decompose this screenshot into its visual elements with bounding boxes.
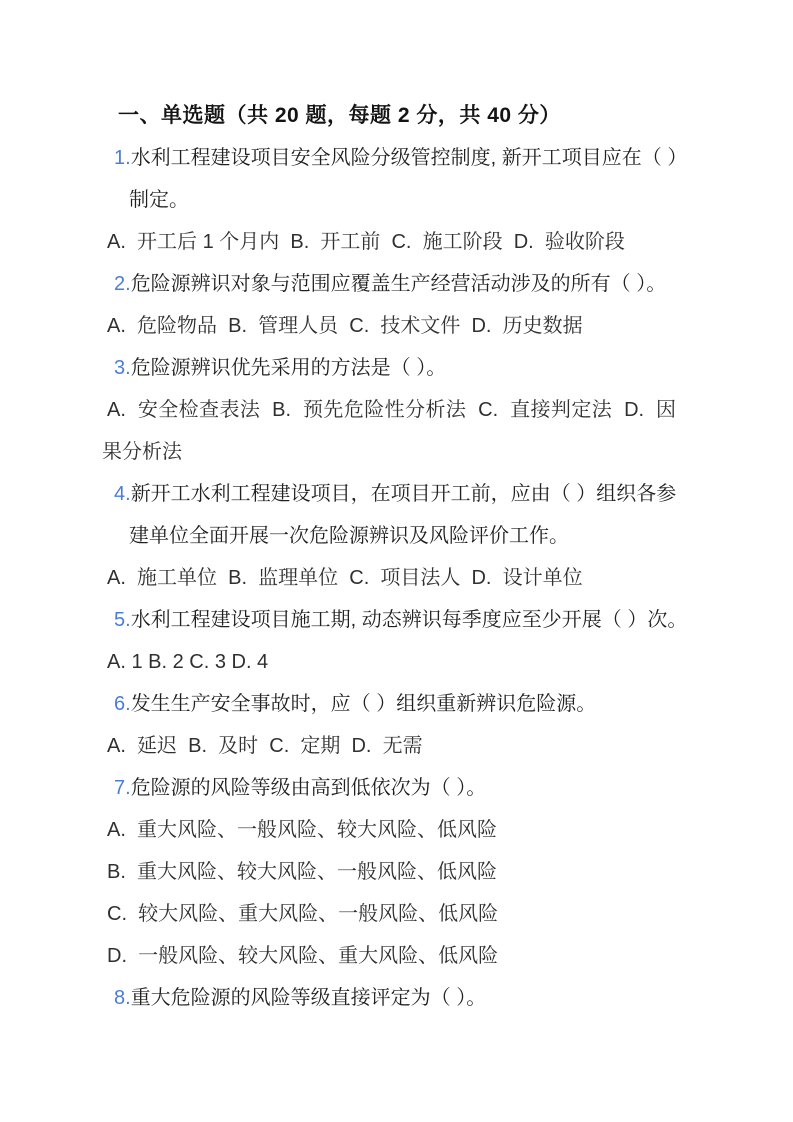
question-4-line-2: 建单位全面开展一次危险源辨识及风险评价工作。	[0, 515, 676, 557]
question-5-number: 5.	[114, 609, 131, 631]
question-3-options-line-1: A. 安全检查表法 B. 预先危险性分析法 C. 直接判定法 D. 因	[0, 389, 676, 431]
question-7-line-1: 7.危险源的风险等级由高到低依次为（ ）。	[0, 767, 676, 809]
question-7-option-d: D. 一般风险、较大风险、重大风险、低风险	[0, 935, 676, 977]
question-4-options: A. 施工单位 B. 监理单位 C. 项目法人 D. 设计单位	[0, 557, 676, 599]
exam-content: 一、单选题（共 20 题，每题 2 分，共 40 分） 1.水利工程建设项目安全…	[0, 95, 676, 1019]
question-7-option-a: A. 重大风险、一般风险、较大风险、低风险	[0, 809, 676, 851]
question-3-text: 危险源辨识优先采用的方法是（ ）。	[131, 357, 447, 379]
question-6-options: A. 延迟 B. 及时 C. 定期 D. 无需	[0, 725, 676, 767]
question-2-line-1: 2.危险源辨识对象与范围应覆盖生产经营活动涉及的所有（ ）。	[0, 263, 676, 305]
question-2-options: A. 危险物品 B. 管理人员 C. 技术文件 D. 历史数据	[0, 305, 676, 347]
question-6-number: 6.	[114, 693, 131, 715]
question-7-option-b: B. 重大风险、较大风险、一般风险、低风险	[0, 851, 676, 893]
question-8-text: 重大危险源的风险等级直接评定为（ ）。	[131, 987, 487, 1009]
question-1-options: A. 开工后 1 个月内 B. 开工前 C. 施工阶段 D. 验收阶段	[0, 221, 676, 263]
document-page: 一、单选题（共 20 题，每题 2 分，共 40 分） 1.水利工程建设项目安全…	[0, 0, 793, 1122]
question-2-number: 2.	[114, 273, 131, 295]
question-1-number: 1.	[114, 147, 131, 169]
question-8-number: 8.	[114, 987, 131, 1009]
question-1-line-1: 1.水利工程建设项目安全风险分级管控制度, 新开工项目应在（ ）	[0, 137, 676, 179]
question-1-line-2: 制定。	[0, 179, 676, 221]
question-3-number: 3.	[114, 357, 131, 379]
question-5-line-1: 5.水利工程建设项目施工期, 动态辨识每季度应至少开展（ ）次。	[0, 599, 676, 641]
question-6-text: 发生生产安全事故时，应（ ）组织重新辨识危险源。	[131, 693, 597, 715]
question-4-line-1: 4.新开工水利工程建设项目，在项目开工前，应由（ ）组织各参	[0, 473, 676, 515]
question-2-text: 危险源辨识对象与范围应覆盖生产经营活动涉及的所有（ ）。	[131, 273, 667, 295]
question-7-option-c: C. 较大风险、重大风险、一般风险、低风险	[0, 893, 676, 935]
question-8-line-1: 8.重大危险源的风险等级直接评定为（ ）。	[0, 977, 676, 1019]
question-7-number: 7.	[114, 777, 131, 799]
question-1-text: 水利工程建设项目安全风险分级管控制度, 新开工项目应在（ ）	[131, 147, 688, 169]
question-4-number: 4.	[114, 483, 131, 505]
question-6-line-1: 6.发生生产安全事故时，应（ ）组织重新辨识危险源。	[0, 683, 676, 725]
question-3-line-1: 3.危险源辨识优先采用的方法是（ ）。	[0, 347, 676, 389]
question-7-text: 危险源的风险等级由高到低依次为（ ）。	[131, 777, 487, 799]
question-4-text: 新开工水利工程建设项目，在项目开工前，应由（ ）组织各参	[131, 483, 677, 505]
question-5-text: 水利工程建设项目施工期, 动态辨识每季度应至少开展（ ）次。	[131, 609, 688, 631]
question-3-options-line-2: 果分析法	[0, 431, 676, 473]
section-title: 一、单选题（共 20 题，每题 2 分，共 40 分）	[0, 95, 676, 137]
question-5-options: A. 1 B. 2 C. 3 D. 4	[0, 641, 676, 683]
